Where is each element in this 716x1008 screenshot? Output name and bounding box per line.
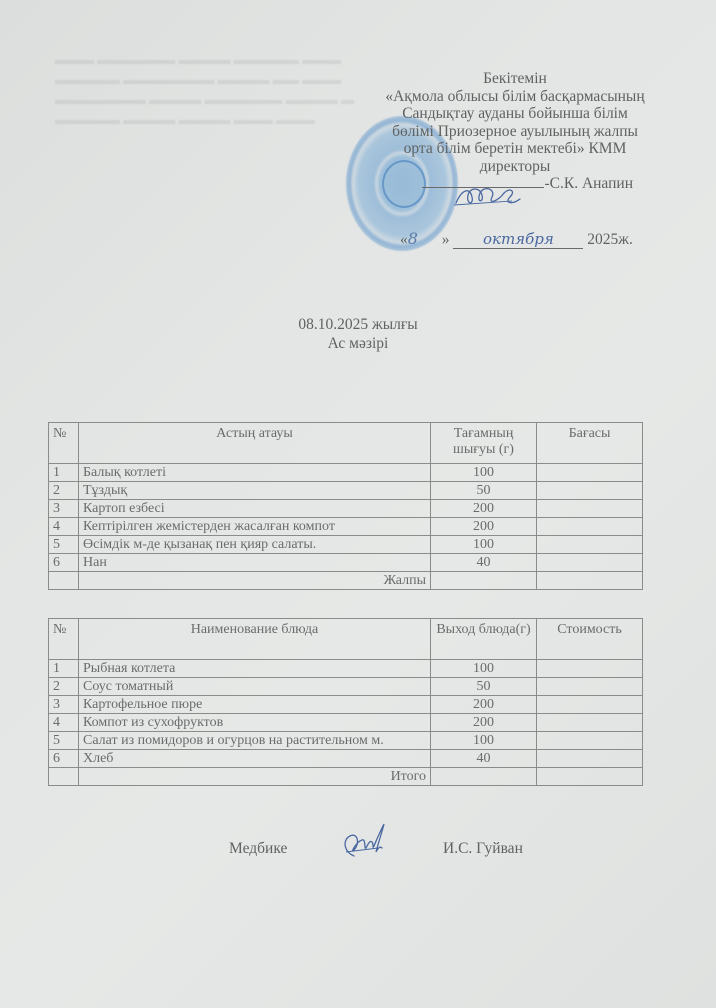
- dish-name: Хлеб: [79, 750, 431, 768]
- col-header-weight: Тағамның шығуы (г): [431, 423, 537, 464]
- dish-name: Балық котлеті: [79, 464, 431, 482]
- table-row: 6 Хлеб 40: [49, 750, 643, 768]
- document-page: ▬▬▬ ▬▬▬▬▬▬ ▬▬▬▬ ▬▬▬▬▬ ▬▬▬ ▬▬▬▬▬ ▬▬▬▬▬▬▬ …: [0, 0, 716, 1008]
- table-row: 3 Картофельное пюре 200: [49, 696, 643, 714]
- total-weight: [431, 768, 537, 786]
- menu-title: Ас мәзірі: [0, 334, 716, 353]
- dish-weight: 40: [431, 750, 537, 768]
- table-row: 5 Салат из помидоров и огурцов на растит…: [49, 732, 643, 750]
- menu-table-kazakh: № Астың атауы Тағамның шығуы (г) Бағасы …: [48, 422, 643, 590]
- dish-price: [537, 750, 643, 768]
- dish-name: Картофельное пюре: [79, 696, 431, 714]
- approval-year: 2025ж.: [587, 231, 633, 248]
- row-number: 2: [49, 678, 79, 696]
- nurse-signature: [338, 822, 388, 862]
- row-number: 3: [49, 696, 79, 714]
- bleed-through-text: ▬▬▬ ▬▬▬▬▬▬ ▬▬▬▬ ▬▬▬▬▬ ▬▬▬ ▬▬▬▬▬ ▬▬▬▬▬▬▬ …: [55, 30, 355, 130]
- dish-weight: 200: [431, 714, 537, 732]
- row-number: 4: [49, 714, 79, 732]
- approval-date: «8» октября 2025ж.: [400, 229, 633, 249]
- total-price: [537, 768, 643, 786]
- menu-date: 08.10.2025 жылғы: [0, 315, 716, 334]
- dish-price: [537, 660, 643, 678]
- approval-block: Бекітемін «Ақмола облысы білім басқармас…: [355, 70, 675, 193]
- table-header-row: № Астың атауы Тағамның шығуы (г) Бағасы: [49, 423, 643, 464]
- dish-weight: 200: [431, 500, 537, 518]
- dish-name: Рыбная котлета: [79, 660, 431, 678]
- dish-name: Компот из сухофруктов: [79, 714, 431, 732]
- dish-price: [537, 464, 643, 482]
- menu-heading: 08.10.2025 жылғы Ас мәзірі: [0, 315, 716, 353]
- table-row: 6 Нан 40: [49, 554, 643, 572]
- row-number: 4: [49, 518, 79, 536]
- table-row: 4 Кептірілген жемістерден жасалған компо…: [49, 518, 643, 536]
- dish-price: [537, 518, 643, 536]
- table-row: 2 Тұздық 50: [49, 482, 643, 500]
- dish-price: [537, 536, 643, 554]
- director-signature: [452, 183, 524, 209]
- row-number: 5: [49, 536, 79, 554]
- approval-month: октября: [453, 230, 583, 249]
- approval-line: «Ақмола облысы білім басқармасының: [355, 88, 675, 106]
- dish-weight: 100: [431, 660, 537, 678]
- table-row: 3 Картоп езбесі 200: [49, 500, 643, 518]
- table-header-row: № Наименование блюда Выход блюда(г) Стои…: [49, 619, 643, 660]
- row-number: 6: [49, 554, 79, 572]
- table-row: 1 Рыбная котлета 100: [49, 660, 643, 678]
- table-total-row: Жалпы: [49, 572, 643, 590]
- table-row: 4 Компот из сухофруктов 200: [49, 714, 643, 732]
- dish-price: [537, 732, 643, 750]
- dish-price: [537, 678, 643, 696]
- nurse-name: И.С. Гуйван: [443, 840, 523, 858]
- director-name: -С.К. Анапин: [544, 175, 633, 192]
- total-empty-cell: [49, 572, 79, 590]
- table-total-row: Итого: [49, 768, 643, 786]
- row-number: 2: [49, 482, 79, 500]
- menu-table-russian: № Наименование блюда Выход блюда(г) Стои…: [48, 618, 643, 786]
- dish-price: [537, 696, 643, 714]
- dish-name: Соус томатный: [79, 678, 431, 696]
- dish-weight: 100: [431, 464, 537, 482]
- row-number: 5: [49, 732, 79, 750]
- total-label: Жалпы: [79, 572, 431, 590]
- total-price: [537, 572, 643, 590]
- col-header-price: Стоимость: [537, 619, 643, 660]
- table-row: 1 Балық котлеті 100: [49, 464, 643, 482]
- approval-line: орта білім беретін мектебі» КММ: [355, 140, 675, 158]
- row-number: 1: [49, 464, 79, 482]
- dish-weight: 50: [431, 482, 537, 500]
- dish-price: [537, 482, 643, 500]
- dish-weight: 200: [431, 518, 537, 536]
- row-number: 3: [49, 500, 79, 518]
- col-header-weight: Выход блюда(г): [431, 619, 537, 660]
- dish-name: Нан: [79, 554, 431, 572]
- col-header-price: Бағасы: [537, 423, 643, 464]
- approval-line: бөлімі Приозерное ауылының жалпы: [355, 123, 675, 141]
- nurse-role: Медбике: [229, 840, 287, 858]
- approval-day: 8: [408, 229, 442, 248]
- dish-name: Өсімдік м-де қызанақ пен қияр салаты.: [79, 536, 431, 554]
- table-row: 5 Өсімдік м-де қызанақ пен қияр салаты. …: [49, 536, 643, 554]
- dish-weight: 100: [431, 536, 537, 554]
- approval-line: директоры: [355, 158, 675, 176]
- col-header-number: №: [49, 619, 79, 660]
- col-header-dish-name: Наименование блюда: [79, 619, 431, 660]
- dish-name: Тұздық: [79, 482, 431, 500]
- col-header-number: №: [49, 423, 79, 464]
- approval-title: Бекітемін: [355, 70, 675, 88]
- approval-line: Сандықтау ауданы бойынша білім: [355, 105, 675, 123]
- dish-weight: 50: [431, 678, 537, 696]
- dish-name: Картоп езбесі: [79, 500, 431, 518]
- dish-weight: 100: [431, 732, 537, 750]
- col-header-dish-name: Астың атауы: [79, 423, 431, 464]
- row-number: 1: [49, 660, 79, 678]
- total-weight: [431, 572, 537, 590]
- row-number: 6: [49, 750, 79, 768]
- total-empty-cell: [49, 768, 79, 786]
- dish-name: Кептірілген жемістерден жасалған компот: [79, 518, 431, 536]
- dish-name: Салат из помидоров и огурцов на растител…: [79, 732, 431, 750]
- dish-weight: 200: [431, 696, 537, 714]
- dish-price: [537, 500, 643, 518]
- table-row: 2 Соус томатный 50: [49, 678, 643, 696]
- dish-price: [537, 714, 643, 732]
- dish-price: [537, 554, 643, 572]
- dish-weight: 40: [431, 554, 537, 572]
- total-label: Итого: [79, 768, 431, 786]
